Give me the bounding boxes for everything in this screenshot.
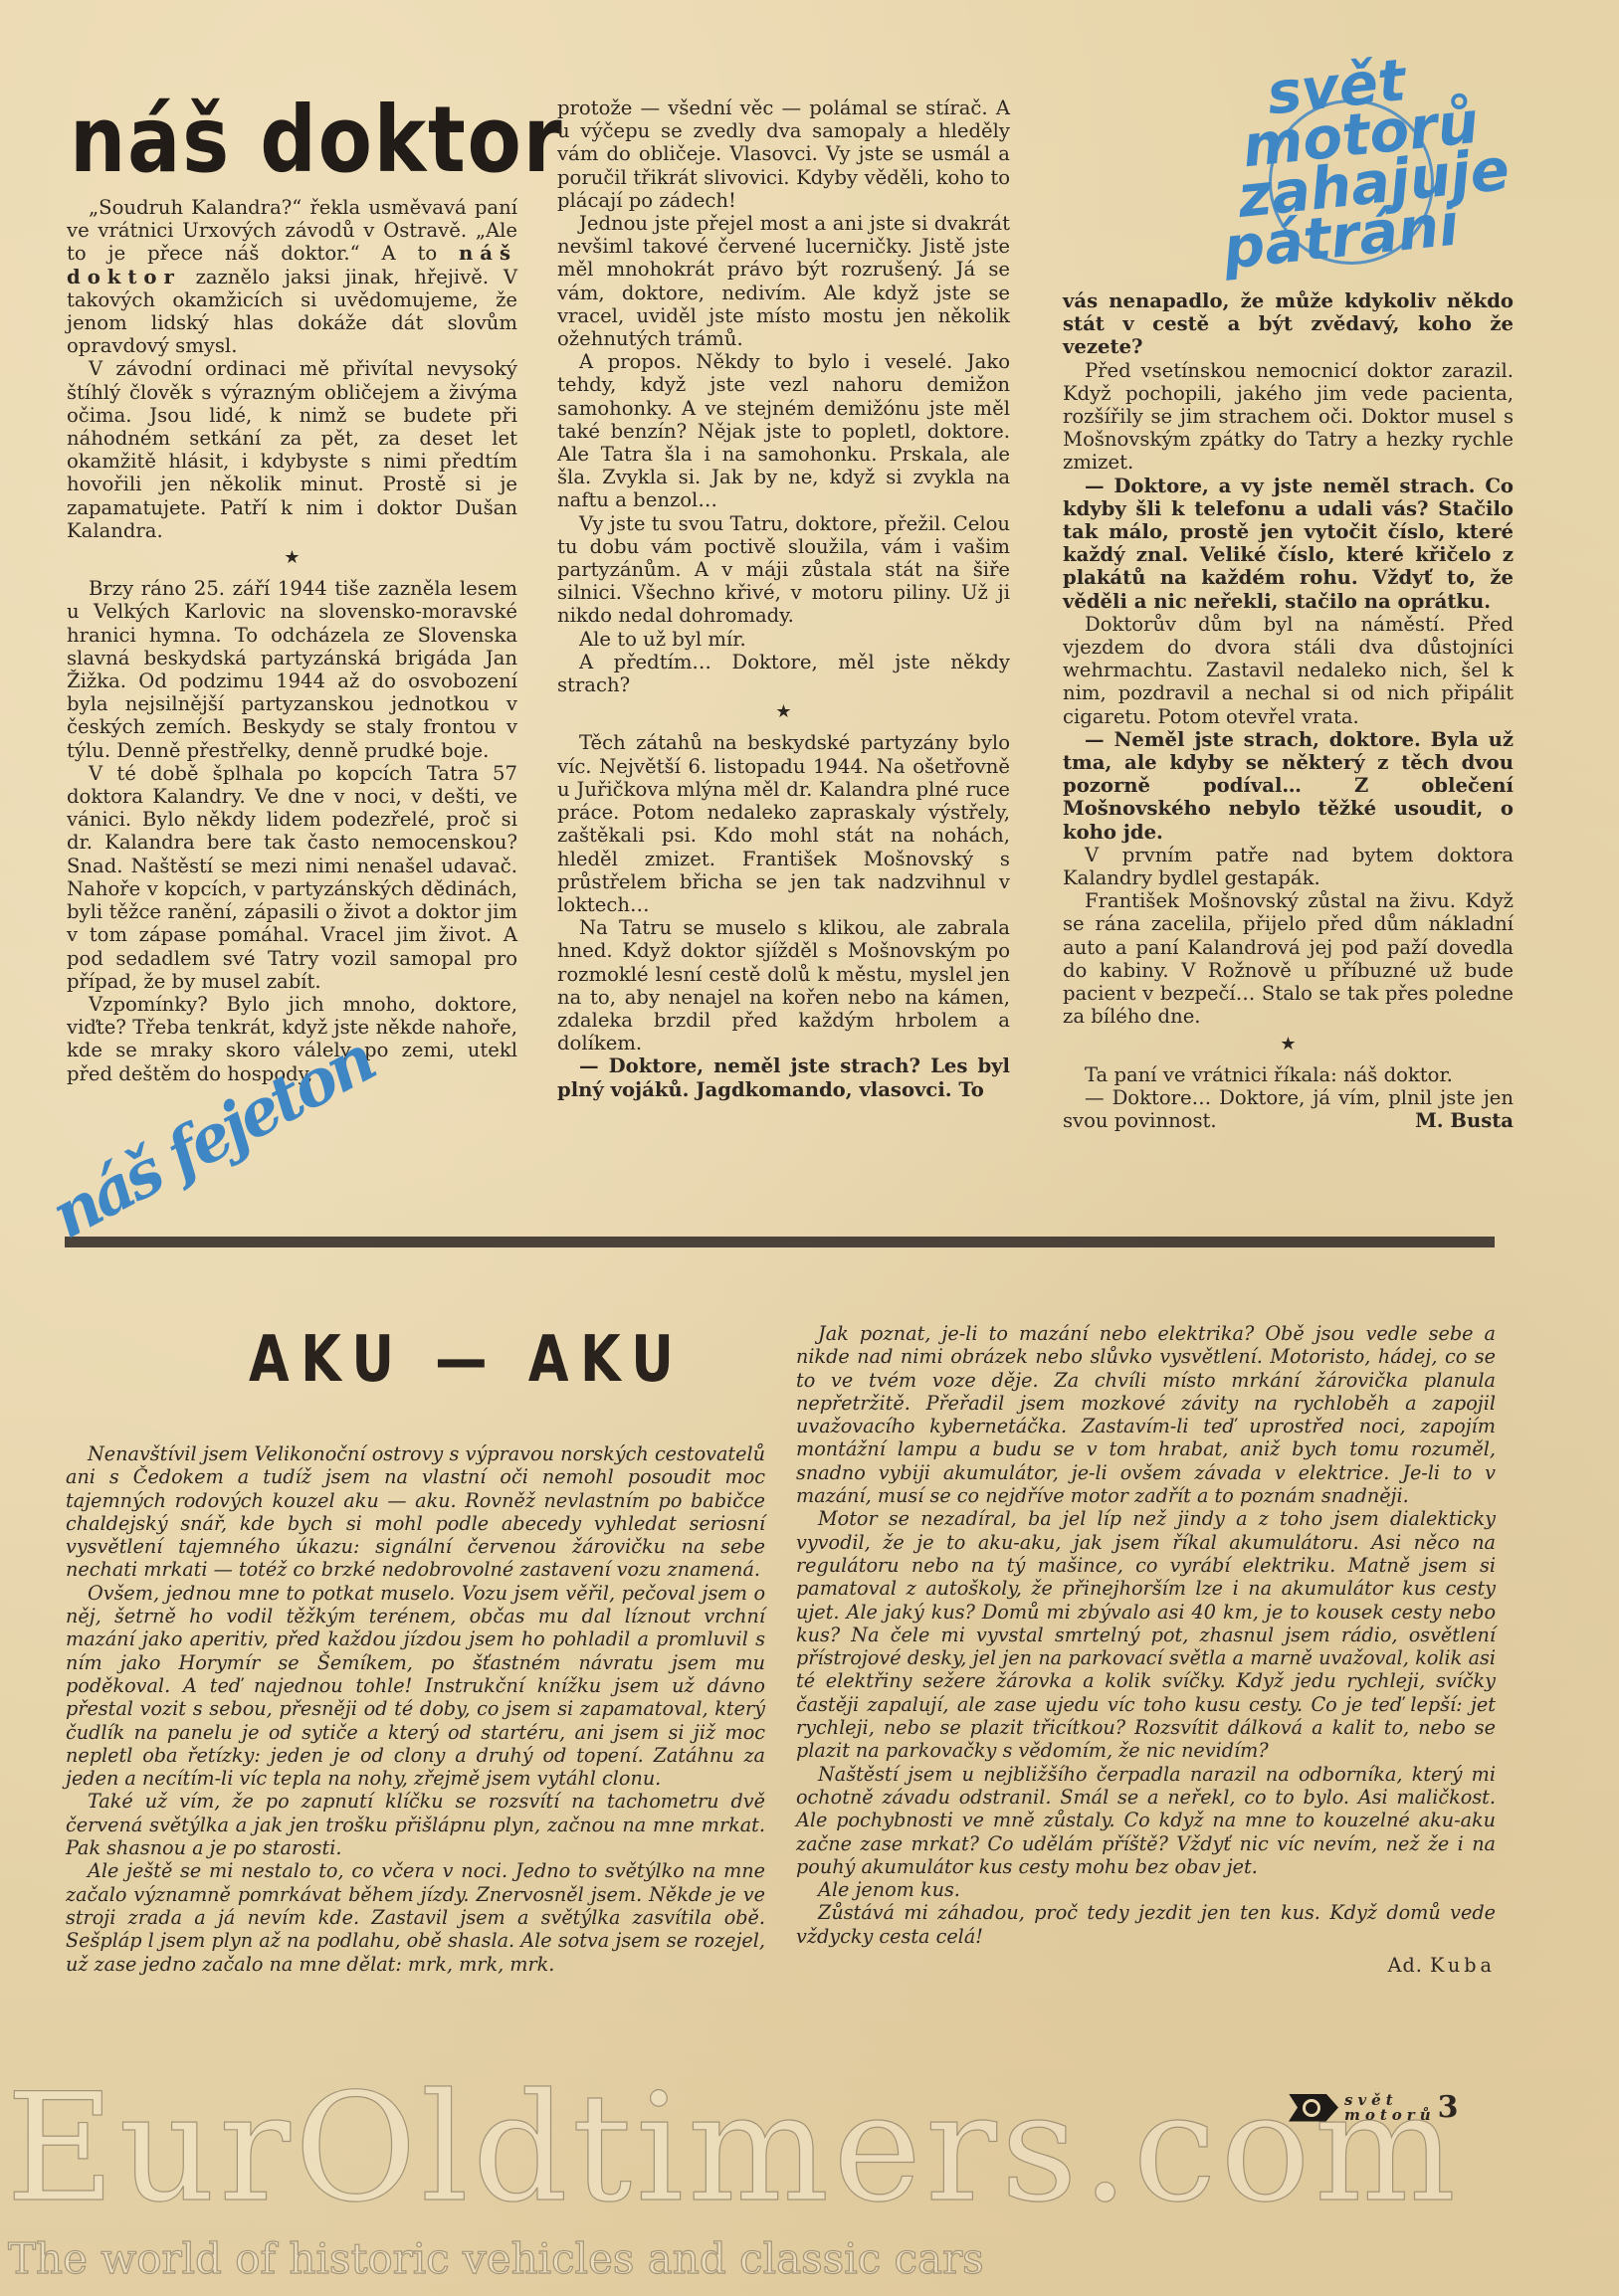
article1-column-3: vás nenapadlo, že může kdykoliv někdo st… (1063, 289, 1514, 1132)
paragraph: Motor se nezadíral, ba jel líp než jindy… (796, 1507, 1496, 1762)
bold-question-paragraph: vás nenapadlo, že může kdykoliv někdo st… (1063, 289, 1514, 359)
closing-paragraph: — Doktore… Doktore, já vím, plnil jste j… (1063, 1086, 1514, 1132)
paragraph: Jak poznat, je-li to mazání nebo elektri… (796, 1322, 1496, 1507)
article1-intro-paragraph: „Soudruh Kalandra?“ řekla usměvavá paní … (67, 196, 517, 357)
paragraph: protože — všední věc — polámal se stírač… (557, 96, 1010, 212)
paragraph: Brzy ráno 25. září 1944 tiše zazněla les… (67, 577, 517, 762)
page-number: 3 (1438, 2090, 1459, 2125)
paragraph: V té době šplhala po kopcích Tatra 57 do… (67, 762, 517, 993)
section-divider (65, 1237, 1495, 1247)
paragraph: Ale ještě se mi nestalo to, co včera v n… (66, 1859, 765, 1975)
logo-line: motorů (1344, 2108, 1436, 2123)
paragraph: Na Tatru se muselo s klikou, ale zabrala… (557, 916, 1010, 1054)
article2-column-1: Nenavštívil jsem Velikonoční ostrovy s v… (66, 1442, 765, 1976)
star-separator-icon: ★ (1063, 1033, 1514, 1055)
watermark-tagline: The world of historic vehicles and class… (8, 2234, 1619, 2283)
star-separator-icon: ★ (557, 700, 1010, 723)
author-first: Ad. (1388, 1954, 1423, 1977)
svet-motoru-logo-icon (1289, 2094, 1338, 2122)
paragraph: Jednou jste přejel most a ani jste si dv… (557, 212, 1010, 350)
author-last: Kuba (1430, 1954, 1496, 1977)
paragraph: V závodní ordinaci mě přivítal nevysoký … (67, 357, 517, 542)
paragraph: Zůstává mi záhadou, proč tedy jezdit jen… (796, 1901, 1496, 1948)
bold-question-paragraph: — Doktore, a vy jste neměl strach. Co kd… (1063, 475, 1514, 613)
paragraph: Doktorův dům byl na náměstí. Před vjezde… (1063, 613, 1514, 728)
paragraph: Také už vím, že po zapnutí klíčku se roz… (66, 1790, 765, 1859)
paragraph: Těch zátahů na beskydské partyzány bylo … (557, 731, 1010, 916)
paragraph: A předtím… Doktore, měl jste někdy strac… (557, 651, 1010, 696)
paragraph: Ta paní ve vrátnici říkala: náš doktor. (1063, 1063, 1514, 1086)
article-title-aku-aku: AKU — AKU (249, 1323, 685, 1397)
logo-text: svět motorů (1344, 2093, 1436, 2123)
bold-question-paragraph: — Neměl jste strach, doktore. Byla už tm… (1063, 728, 1514, 844)
article1-column-2: protože — všední věc — polámal se stírač… (557, 96, 1010, 1101)
magazine-footer: svět motorů 3 (1289, 2090, 1459, 2125)
paragraph: Ale to už byl mír. (557, 628, 1010, 651)
intro-text: „Soudruh Kalandra?“ řekla usměvavá paní … (67, 196, 517, 265)
bold-question-paragraph: — Doktore, neměl jste strach? Les byl pl… (557, 1054, 1010, 1100)
paragraph: Naštěstí jsem u nejbližšího čerpadla nar… (796, 1763, 1496, 1878)
paragraph: Ale jenom kus. (796, 1878, 1496, 1901)
author-signature: Ad. Kuba (796, 1954, 1496, 1977)
article2-column-2: Jak poznat, je-li to mazání nebo elektri… (796, 1322, 1496, 1977)
paragraph: A propos. Někdy to bylo i veselé. Jako t… (557, 350, 1010, 511)
paragraph: V prvním patře nad bytem doktora Kalandr… (1063, 844, 1514, 889)
article-title-nas-doktor: náš doktor (70, 95, 563, 186)
paragraph: Před vsetínskou nemocnicí doktor zarazil… (1063, 359, 1514, 475)
paragraph: František Mošnovský zůstal na živu. Když… (1063, 889, 1514, 1028)
paragraph: Nenavštívil jsem Velikonoční ostrovy s v… (66, 1442, 765, 1582)
svet-motoru-stamp-logo: svět motorů zahajuje pátrání (1203, 49, 1484, 293)
paragraph: Vy jste tu svou Tatru, doktore, přežil. … (557, 512, 1010, 628)
star-separator-icon: ★ (67, 546, 517, 569)
article1-column-1: „Soudruh Kalandra?“ řekla usměvavá paní … (67, 196, 517, 1085)
author-signature: M. Busta (1393, 1109, 1514, 1132)
paragraph: Ovšem, jednou mne to potkat muselo. Vozu… (66, 1582, 765, 1791)
